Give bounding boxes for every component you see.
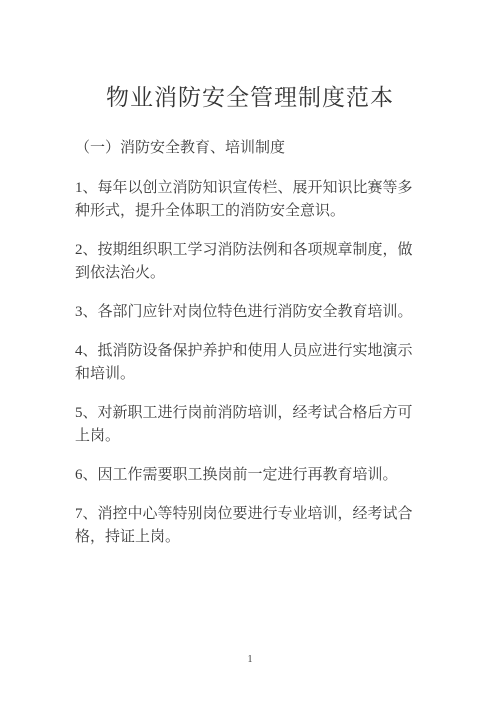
- document-page: 物业消防安全管理制度范本 （一）消防安全教育、培训制度 1、每年以创立消防知识宣…: [0, 0, 500, 708]
- paragraph-5: 5、对新职工进行岗前消防培训，经考试合格后方可上岗。: [75, 402, 425, 448]
- section-heading: （一）消防安全教育、培训制度: [75, 137, 425, 159]
- paragraph-3: 3、各部门应针对岗位特色进行消防安全教育培训。: [75, 301, 425, 324]
- paragraph-2: 2、按期组织职工学习消防法例和各项规章制度，做到依法治火。: [75, 239, 425, 285]
- paragraph-1: 1、每年以创立消防知识宣传栏、展开知识比赛等多种形式，提升全体职工的消防安全意识…: [75, 177, 425, 223]
- page-number: 1: [0, 654, 500, 666]
- paragraph-6: 6、因工作需要职工换岗前一定进行再教育培训。: [75, 464, 425, 487]
- document-title: 物业消防安全管理制度范本: [75, 86, 425, 110]
- paragraph-4: 4、抵消防设备保护养护和使用人员应进行实地演示和培训。: [75, 340, 425, 386]
- paragraph-7: 7、消控中心等特别岗位要进行专业培训，经考试合格，持证上岗。: [75, 503, 425, 549]
